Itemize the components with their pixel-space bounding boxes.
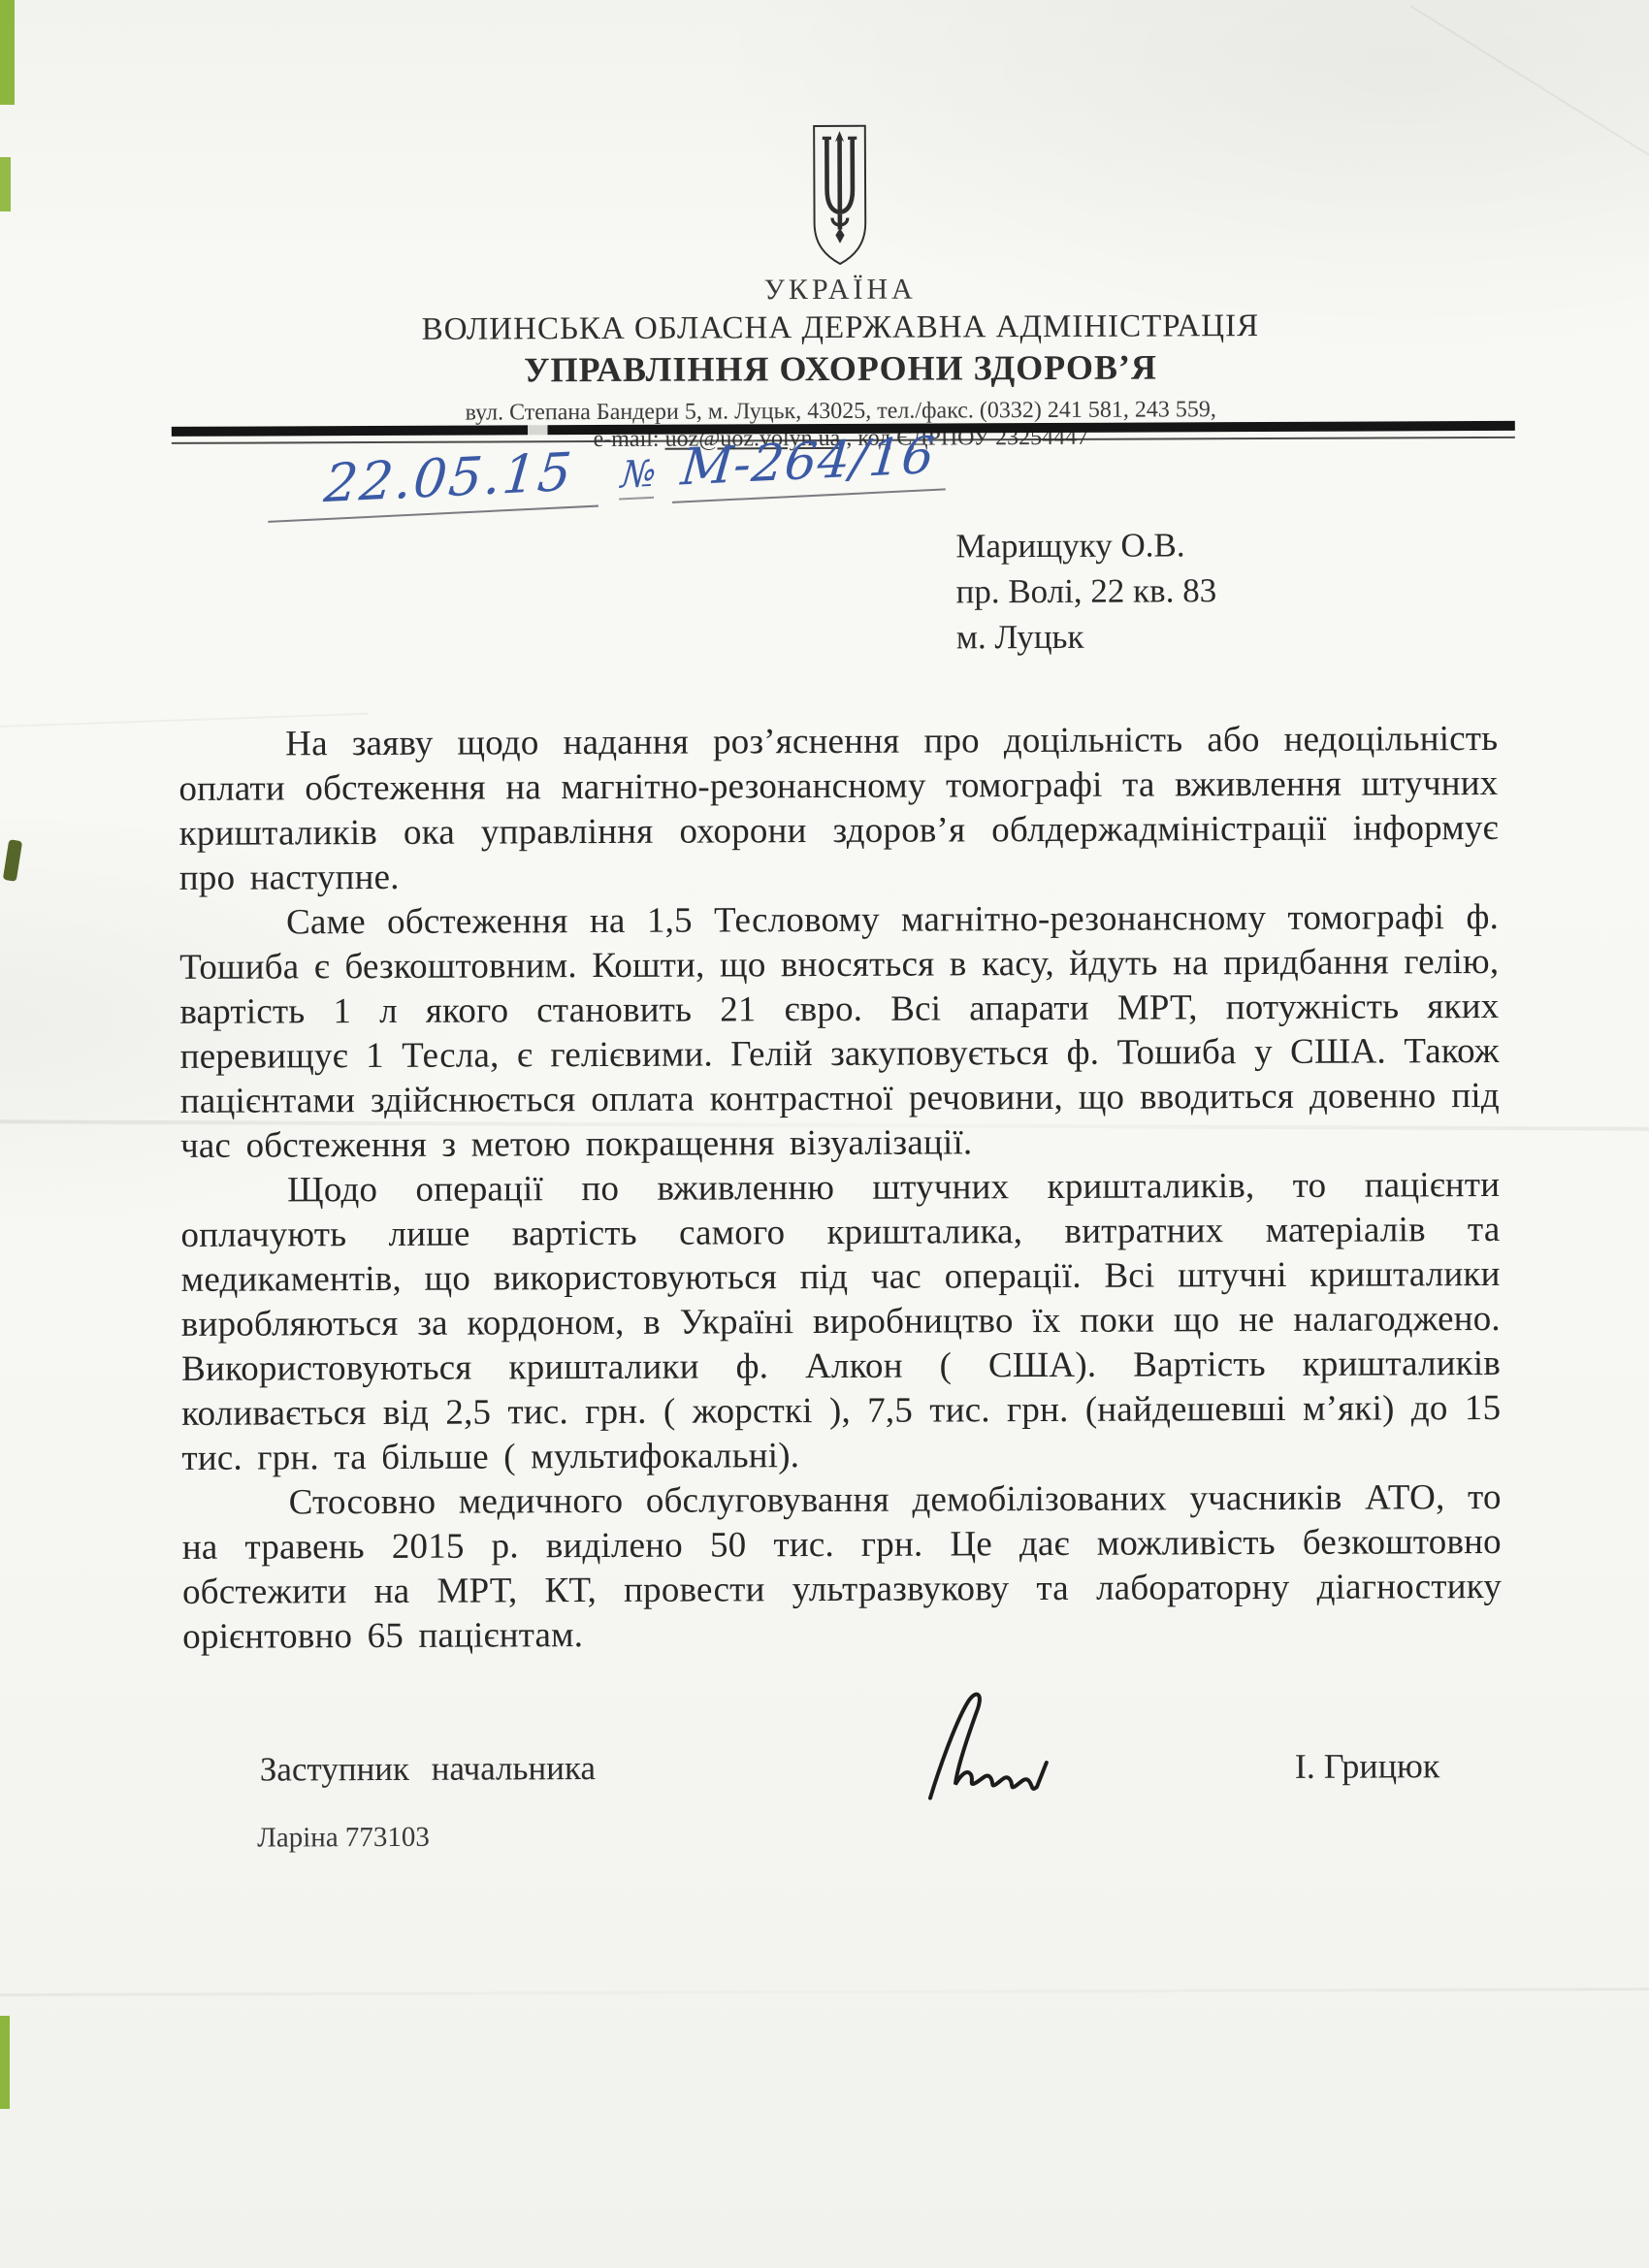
ukraine-trident-emblem bbox=[807, 122, 872, 268]
letterhead-org-line1: ВОЛИНСЬКА ОБЛАСНА ДЕРЖАВНА АДМІНІСТРАЦІЯ bbox=[210, 306, 1471, 350]
number-sign: № bbox=[619, 452, 658, 501]
letter-body: На заяву щодо надання роз’яснення про до… bbox=[178, 717, 1502, 1660]
signatory-position: Заступник начальника bbox=[260, 1749, 596, 1790]
signatory-name: І. Грицюк bbox=[1295, 1745, 1440, 1787]
letterhead-country: УКРАЇНА bbox=[210, 271, 1471, 309]
handwritten-signature bbox=[912, 1683, 1058, 1820]
letterhead-org-line2: УПРАВЛІННЯ ОХОРОНИ ЗДОРОВ’Я bbox=[210, 344, 1471, 393]
body-paragraph-2: Саме обстеження на 1,5 Тесловому магнітн… bbox=[179, 895, 1500, 1169]
recipient-block: Марищуку О.В. пр. Волі, 22 кв. 83 м. Луц… bbox=[955, 522, 1216, 660]
recipient-city: м. Луцьк bbox=[956, 613, 1217, 660]
letter-content: УКРАЇНА ВОЛИНСЬКА ОБЛАСНА ДЕРЖАВНА АДМІН… bbox=[0, 0, 1649, 2268]
executor-contact: Ларіна 773103 bbox=[257, 1822, 430, 1855]
scanned-letter-page: УКРАЇНА ВОЛИНСЬКА ОБЛАСНА ДЕРЖАВНА АДМІН… bbox=[0, 0, 1649, 2268]
recipient-name: Марищуку О.В. bbox=[955, 522, 1216, 568]
body-paragraph-3: Щодо операції по вживленню штучних кришт… bbox=[180, 1163, 1501, 1481]
body-paragraph-1: На заяву щодо надання роз’яснення про до… bbox=[178, 717, 1499, 901]
body-paragraph-4: Стосовно медичного обслуговування демобі… bbox=[182, 1475, 1503, 1660]
recipient-street: пр. Волі, 22 кв. 83 bbox=[955, 567, 1216, 614]
handwritten-number: М-264/16 bbox=[672, 426, 952, 503]
letterhead: УКРАЇНА ВОЛИНСЬКА ОБЛАСНА ДЕРЖАВНА АДМІН… bbox=[209, 119, 1471, 455]
